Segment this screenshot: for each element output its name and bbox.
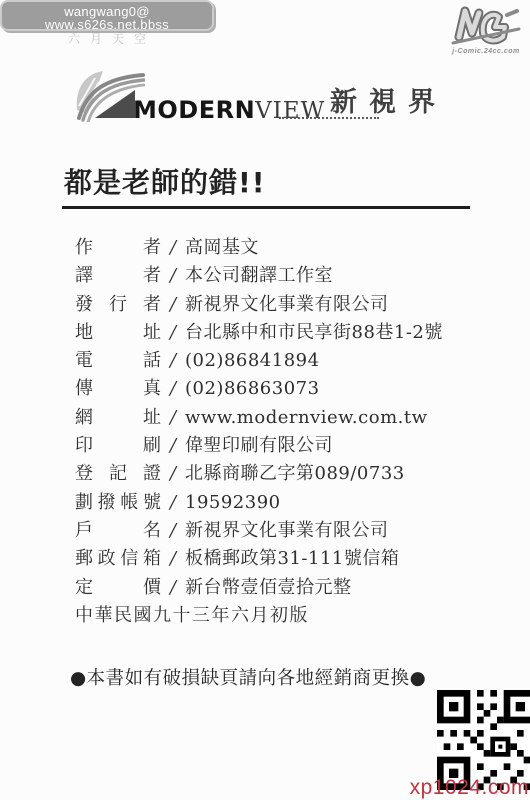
watermark-line1: wangwang0@ www.s626s.net.bbss <box>2 5 212 31</box>
colophon-row-printer: 印刷/偉聖印刷有限公司 <box>75 432 485 460</box>
row-value: 新視界文化事業有限公司 <box>185 520 389 541</box>
colophon-row-giro-account: 劃撥帳號/19592390 <box>75 489 485 517</box>
publisher-name-cjk: 新視界 <box>330 80 447 119</box>
colophon-row-author: 作者/高岡基文 <box>75 234 485 262</box>
row-separator: / <box>161 517 185 545</box>
row-value: 偉聖印刷有限公司 <box>185 435 333 456</box>
colophon-row-phone: 電話/(02)86841894 <box>75 347 485 375</box>
row-separator: / <box>161 545 185 573</box>
row-value: 高岡基文 <box>185 237 259 258</box>
row-separator: / <box>161 319 185 347</box>
qr-code <box>437 690 530 790</box>
site-watermark: xp1024.com <box>410 776 529 800</box>
row-label: 郵政信箱 <box>75 545 161 573</box>
row-label: 劃撥帳號 <box>75 489 161 517</box>
row-label: 地址 <box>75 319 161 347</box>
row-separator: / <box>161 375 185 403</box>
colophon-row-address: 地址/台北縣中和市民享街88巷1-2號 <box>75 319 485 347</box>
row-value: (02)86863073 <box>185 378 320 399</box>
row-value: 19592390 <box>185 492 281 513</box>
row-label: 傳真 <box>75 375 161 403</box>
graffiti-logo-icon <box>445 3 527 49</box>
row-value: 新台幣壹佰壹拾元整 <box>185 577 352 598</box>
row-label: 網址 <box>75 404 161 432</box>
row-value: 本公司翻譯工作室 <box>185 265 333 286</box>
title-divider <box>62 206 470 209</box>
row-label: 定價 <box>75 574 161 602</box>
row-separator: / <box>161 262 185 290</box>
graffiti-caption: j-Comic.24cc.com <box>445 48 527 55</box>
row-separator: / <box>161 234 185 262</box>
row-separator: / <box>161 291 185 319</box>
graffiti-logo: j-Comic.24cc.com <box>445 3 527 61</box>
row-label: 登記證 <box>75 460 161 488</box>
colophon-row-price: 定價/新台幣壹佰壹拾元整 <box>75 574 485 602</box>
row-separator: / <box>161 489 185 517</box>
edition-line: 中華民國九十三年六月初版 <box>75 602 485 630</box>
colophon-row-po-box: 郵政信箱/板橋郵政第31-111號信箱 <box>75 545 485 573</box>
publisher-name-bold: MODERN <box>133 96 255 124</box>
colophon-list: 作者/高岡基文 譯者/本公司翻譯工作室 發行者/新視界文化事業有限公司 地址/台… <box>75 234 485 630</box>
replacement-note: ●本書如有破損缺頁請向各地經銷商更換● <box>70 664 426 690</box>
row-value: www.modernview.com.tw <box>185 407 428 428</box>
row-separator: / <box>161 460 185 488</box>
row-label: 電話 <box>75 347 161 375</box>
colophon-row-license: 登記證/北縣商聯乙字第089/0733 <box>75 460 485 488</box>
row-value: 北縣商聯乙字第089/0733 <box>185 463 405 484</box>
row-value: 新視界文化事業有限公司 <box>185 294 389 315</box>
colophon-row-account-name: 戶名/新視界文化事業有限公司 <box>75 517 485 545</box>
row-label: 戶名 <box>75 517 161 545</box>
watermark-line2: 六月天空 <box>2 33 212 45</box>
row-separator: / <box>161 404 185 432</box>
colophon-row-website: 網址/www.modernview.com.tw <box>75 404 485 432</box>
row-label: 譯者 <box>75 262 161 290</box>
colophon-row-translator: 譯者/本公司翻譯工作室 <box>75 262 485 290</box>
row-label: 作者 <box>75 234 161 262</box>
row-value: 板橋郵政第31-111號信箱 <box>185 548 399 569</box>
book-title: 都是老師的錯!! <box>64 161 266 201</box>
row-label: 發行者 <box>75 291 161 319</box>
row-label: 印刷 <box>75 432 161 460</box>
row-separator: / <box>161 574 185 602</box>
colophon-row-publisher: 發行者/新視界文化事業有限公司 <box>75 291 485 319</box>
row-separator: / <box>161 432 185 460</box>
row-value: (02)86841894 <box>185 350 320 371</box>
row-value: 台北縣中和市民享街88巷1-2號 <box>185 322 443 343</box>
scanned-colophon-page: { "watermark_badge": { "line1": "wangwan… <box>0 0 530 800</box>
colophon-row-fax: 傳真/(02)86863073 <box>75 375 485 403</box>
watermark-badge: wangwang0@ www.s626s.net.bbss 六月天空 <box>0 0 214 31</box>
row-separator: / <box>161 347 185 375</box>
